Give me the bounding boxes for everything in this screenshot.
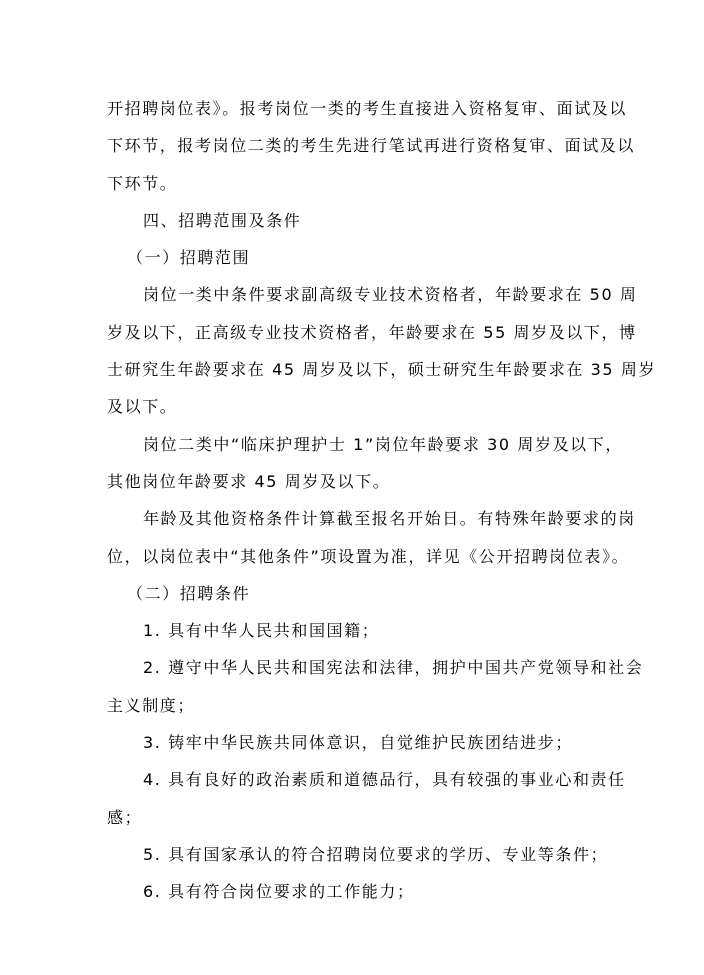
condition-item-1: 1. 具有中华人民共和国国籍； [107, 612, 604, 649]
text-line: 2. 遵守中华人民共和国宪法和法律，拥护中国共产党领导和社会 [107, 649, 604, 686]
text-line: 5. 具有国家承认的符合招聘岗位要求的学历、专业等条件； [107, 836, 604, 873]
condition-item-5: 5. 具有国家承认的符合招聘岗位要求的学历、专业等条件； [107, 836, 604, 873]
section-heading: 四、招聘范围及条件 [107, 202, 604, 239]
text-line: 岗位一类中条件要求副高级专业技术资格者，年龄要求在 50 周 [107, 276, 604, 313]
text-line: 1. 具有中华人民共和国国籍； [107, 612, 604, 649]
scope-paragraph-3: 年龄及其他资格条件计算截至报名开始日。有特殊年龄要求的岗 位，以岗位表中“其他条… [107, 500, 604, 575]
text-line: 岁及以下，正高级专业技术资格者，年龄要求在 55 周岁及以下，博 [107, 314, 604, 351]
subsection-heading-conditions: （二）招聘条件 [107, 575, 604, 612]
text-line: 开招聘岗位表》。报考岗位一类的考生直接进入资格复审、面试及以 [107, 90, 604, 127]
condition-item-4: 4. 具有良好的政治素质和道德品行，具有较强的事业心和责任 感； [107, 761, 604, 836]
document-page: 开招聘岗位表》。报考岗位一类的考生直接进入资格复审、面试及以 下环节，报考岗位二… [107, 90, 604, 911]
text-line: 位，以岗位表中“其他条件”项设置为准，详见《公开招聘岗位表》。 [107, 538, 604, 575]
text-line: 年龄及其他资格条件计算截至报名开始日。有特殊年龄要求的岗 [107, 500, 604, 537]
text-line: 下环节。 [107, 165, 604, 202]
text-line: 主义制度； [107, 687, 604, 724]
subsection-heading-scope: （一）招聘范围 [107, 239, 604, 276]
condition-item-6: 6. 具有符合岗位要求的工作能力； [107, 873, 604, 910]
text-line: 下环节，报考岗位二类的考生先进行笔试再进行资格复审、面试及以 [107, 127, 604, 164]
condition-item-3: 3. 铸牢中华民族共同体意识，自觉维护民族团结进步； [107, 724, 604, 761]
scope-paragraph-2: 岗位二类中“临床护理护士 1”岗位年龄要求 30 周岁及以下， 其他岗位年龄要求… [107, 426, 604, 501]
text-line: 岗位二类中“临床护理护士 1”岗位年龄要求 30 周岁及以下， [107, 426, 604, 463]
continuation-paragraph: 开招聘岗位表》。报考岗位一类的考生直接进入资格复审、面试及以 下环节，报考岗位二… [107, 90, 604, 202]
text-line: 4. 具有良好的政治素质和道德品行，具有较强的事业心和责任 [107, 761, 604, 798]
text-line: 及以下。 [107, 388, 604, 425]
scope-paragraph-1: 岗位一类中条件要求副高级专业技术资格者，年龄要求在 50 周 岁及以下，正高级专… [107, 276, 604, 425]
text-line: 感； [107, 799, 604, 836]
text-line: 3. 铸牢中华民族共同体意识，自觉维护民族团结进步； [107, 724, 604, 761]
text-line: 6. 具有符合岗位要求的工作能力； [107, 873, 604, 910]
condition-item-2: 2. 遵守中华人民共和国宪法和法律，拥护中国共产党领导和社会 主义制度； [107, 649, 604, 724]
text-line: 其他岗位年龄要求 45 周岁及以下。 [107, 463, 604, 500]
text-line: 士研究生年龄要求在 45 周岁及以下，硕士研究生年龄要求在 35 周岁 [107, 351, 604, 388]
